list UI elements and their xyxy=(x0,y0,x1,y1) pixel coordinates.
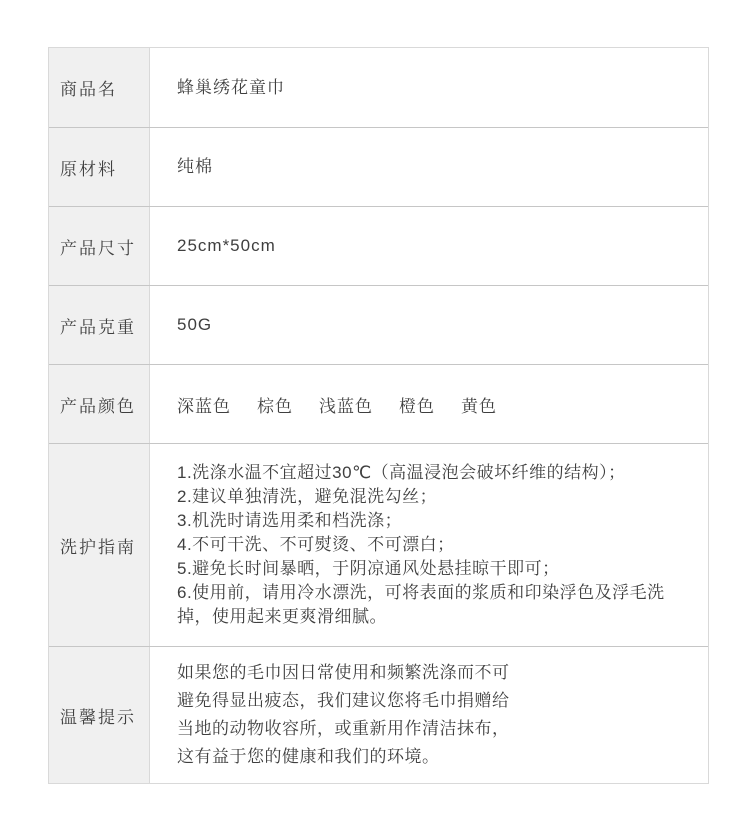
spec-row-product-name: 商品名 蜂巢绣花童巾 xyxy=(49,48,708,128)
spec-row-material: 原材料 纯棉 xyxy=(49,128,708,207)
spec-label-product-name: 商品名 xyxy=(49,48,150,127)
spec-label-size: 产品尺寸 xyxy=(49,207,150,285)
spec-value-weight: 50G xyxy=(150,286,708,364)
spec-value-tips: 如果您的毛巾因日常使用和频繁洗涤而不可 避免得显出疲态，我们建议您将毛巾捐赠给 … xyxy=(150,647,708,783)
weight-text: 50G xyxy=(177,313,674,337)
spec-row-colors: 产品颜色 深蓝色 棕色 浅蓝色 橙色 黄色 xyxy=(49,365,708,444)
size-text: 25cm*50cm xyxy=(177,234,674,258)
color-option: 黄色 xyxy=(461,392,497,417)
tips-line: 这有益于您的健康和我们的环境。 xyxy=(177,743,674,771)
spec-label-material: 原材料 xyxy=(49,128,150,206)
spec-label-weight: 产品克重 xyxy=(49,286,150,364)
spec-value-care-guide: 1.洗涤水温不宜超过30℃（高温浸泡会破坏纤维的结构）； 2.建议单独清洗，避免… xyxy=(150,444,708,646)
color-options-list: 深蓝色 棕色 浅蓝色 橙色 黄色 xyxy=(177,392,674,417)
spec-row-size: 产品尺寸 25cm*50cm xyxy=(49,207,708,286)
color-option: 深蓝色 xyxy=(177,392,231,417)
care-instruction-line: 2.建议单独清洗，避免混洗勾丝； xyxy=(177,485,674,509)
spec-label-tips: 温馨提示 xyxy=(49,647,150,783)
spec-label-colors: 产品颜色 xyxy=(49,365,150,443)
spec-label-care-guide: 洗护指南 xyxy=(49,444,150,646)
spec-row-care-guide: 洗护指南 1.洗涤水温不宜超过30℃（高温浸泡会破坏纤维的结构）； 2.建议单独… xyxy=(49,444,708,647)
care-instruction-line: 3.机洗时请选用柔和档洗涤； xyxy=(177,509,674,533)
spec-row-tips: 温馨提示 如果您的毛巾因日常使用和频繁洗涤而不可 避免得显出疲态，我们建议您将毛… xyxy=(49,647,708,783)
spec-value-material: 纯棉 xyxy=(150,128,708,206)
product-spec-table: 商品名 蜂巢绣花童巾 原材料 纯棉 产品尺寸 25cm*50cm 产品克重 50… xyxy=(48,47,709,784)
color-option: 浅蓝色 xyxy=(319,392,373,417)
tips-line: 避免得显出疲态，我们建议您将毛巾捐赠给 xyxy=(177,687,674,715)
spec-row-weight: 产品克重 50G xyxy=(49,286,708,365)
material-text: 纯棉 xyxy=(177,155,674,179)
spec-value-colors: 深蓝色 棕色 浅蓝色 橙色 黄色 xyxy=(150,365,708,443)
care-instruction-line: 6.使用前，请用冷水漂洗，可将表面的浆质和印染浮色及浮毛洗掉，使用起来更爽滑细腻… xyxy=(177,581,674,629)
spec-value-size: 25cm*50cm xyxy=(150,207,708,285)
spec-value-product-name: 蜂巢绣花童巾 xyxy=(150,48,708,127)
tips-line: 当地的动物收容所，或重新用作清洁抹布， xyxy=(177,715,674,743)
care-instruction-line: 1.洗涤水温不宜超过30℃（高温浸泡会破坏纤维的结构）； xyxy=(177,461,674,485)
color-option: 棕色 xyxy=(257,392,293,417)
color-option: 橙色 xyxy=(399,392,435,417)
product-name-text: 蜂巢绣花童巾 xyxy=(177,76,674,100)
care-instruction-line: 4.不可干洗、不可熨烫、不可漂白； xyxy=(177,533,674,557)
tips-line: 如果您的毛巾因日常使用和频繁洗涤而不可 xyxy=(177,659,674,687)
care-instruction-line: 5.避免长时间暴晒，于阴凉通风处悬挂晾干即可； xyxy=(177,557,674,581)
